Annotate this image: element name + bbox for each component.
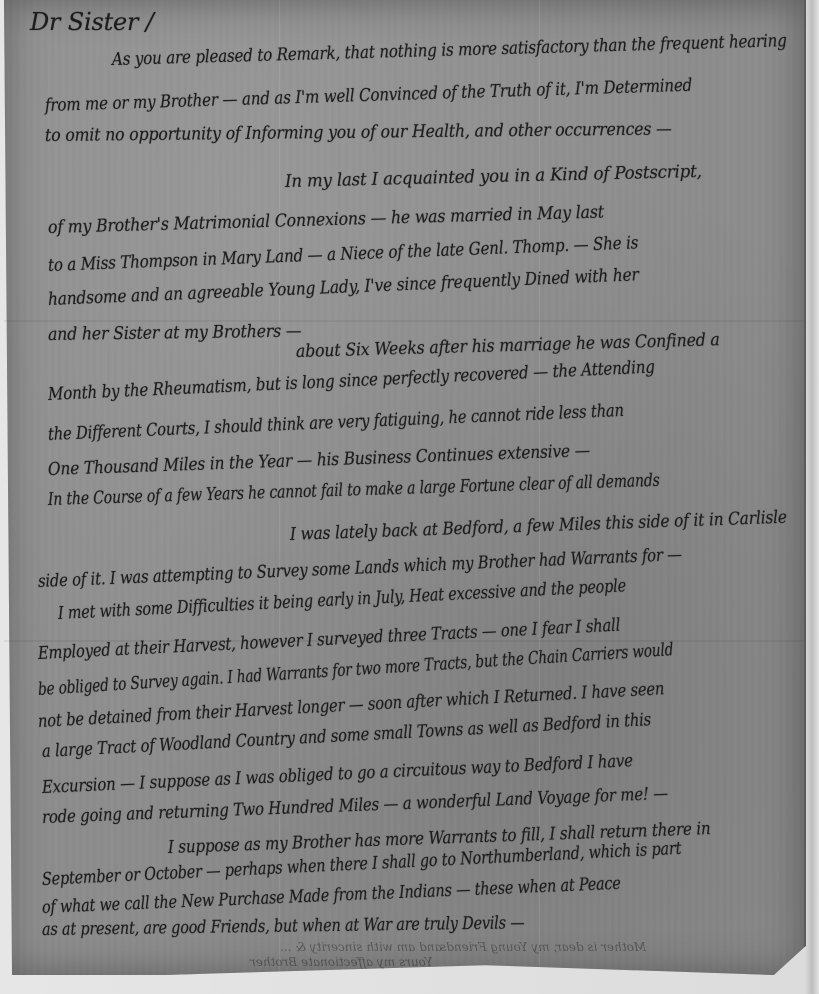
paper-fold-horizontal	[4, 320, 804, 322]
letter-line: and her Sister at my Brothers —	[48, 321, 302, 345]
salutation: Dr Sister /	[30, 8, 154, 36]
bleed-through-text: Mother is dear, my Young Friends	[440, 940, 646, 954]
bleed-through-text: and am with sincerity & ...	[280, 940, 442, 954]
bleed-through-text: Yours my affectionate Brother	[250, 955, 433, 969]
